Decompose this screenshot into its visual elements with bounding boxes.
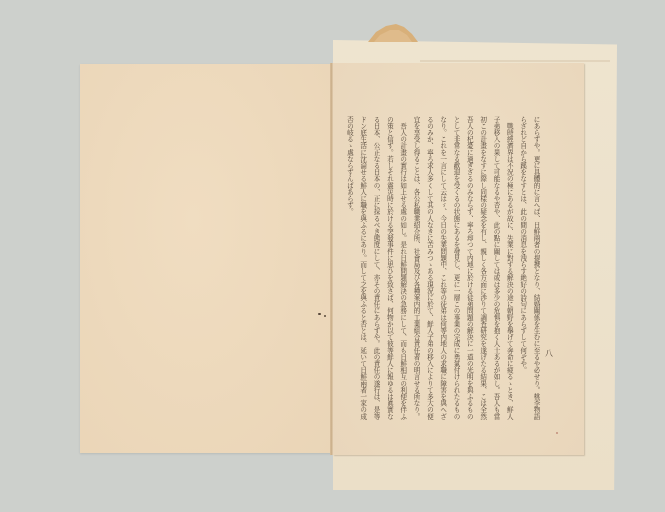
torn-paper-tab	[366, 22, 420, 44]
text-column: 吾人の計畫の實行は如上せる處の如し。是れ日鮮問題解決の急務にして、而も日鮮相互の…	[395, 116, 408, 428]
page-number: 八	[543, 348, 555, 360]
text-column: 否の岐るゝ處ならずんばあらず。	[342, 116, 355, 428]
text-column: として非常なる歡迎を受くるの状態にあるを發見し、更に一層この事業の完成に勇氣付け…	[449, 116, 462, 428]
paper-speck	[556, 432, 558, 434]
text-column: らざれど自から蹊をなすとは、此の間の消息を洩らす絶好の詩句にあらずして何ぞや。	[515, 116, 528, 428]
text-column: 子弟移入の果して可能なるや否や、此の點に關しては或は多少の危惧を抱く人士あるが如…	[489, 116, 502, 428]
text-column: 吾人の杞憂に過ぎざるのみならず、寧ろ却つて内地に於ける徒弟問題の解決に一道の光明…	[462, 116, 475, 428]
text-column: の策と信ず。若しそれ震災時に於ける突發事件に思ひを致さば、何物か以て彼等鮮人に報…	[382, 116, 395, 428]
text-column: 戰時經濟界は不況の極にあるが故に、失業に對する解決の途に朝野を擧げて奔命に疲るゝ…	[502, 116, 515, 428]
sheet-crease	[420, 60, 610, 62]
book-spine	[330, 63, 333, 455]
text-column: る日本、公正なる日本の、正に採るべき態度にして、亦その責任にあらずや。此の責任の…	[369, 116, 382, 428]
text-column: なり。これを一言にして云はゞ、今日の失業問題中、これ等の徒弟は何等内地人の求職に…	[435, 116, 448, 428]
text-column: 初この計畫をなすに際し同樣の疑念を有し、親しく各方面に渉りて調査研究を遂げたる結…	[475, 116, 488, 428]
text-column: るのみか、寧ろ求人多くして其の人なきに苦みつゝある現況に於て、鮮人子弟の移入によ…	[422, 116, 435, 428]
text-column: 宜を享受し得ることは、各公私職業紹介所、社會局及び各種案内的工業組合責任者の明言…	[409, 116, 422, 428]
text-column: ドン底生活に沈淪せる鮮人に職を與ふるにあり。而して之を與ふると否とは、延いて日鮮…	[355, 116, 368, 428]
left-page	[80, 64, 332, 453]
paper-speck	[318, 313, 321, 315]
text-column: にあらずや。更に具體的に言へば、日鮮兩者の提携となり、結婚關係を生むに至るや必せ…	[529, 116, 542, 428]
paper-speck	[324, 315, 326, 317]
vertical-text-body: にあらずや。更に具體的に言へば、日鮮兩者の提携となり、結婚關係を生むに至るや必せ…	[342, 116, 542, 428]
